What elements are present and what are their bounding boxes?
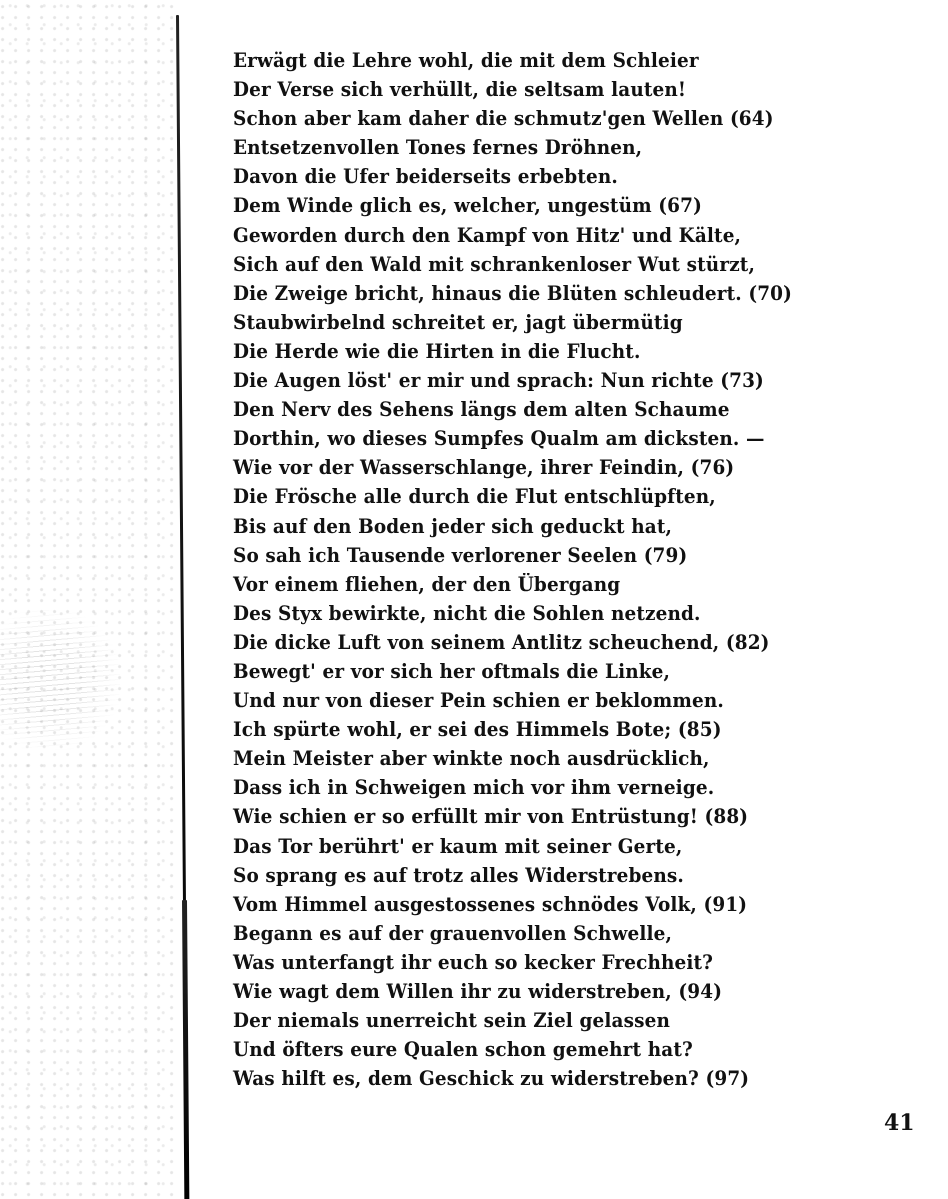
verse-line: Mein Meister aber winkte noch ausdrückli… — [233, 744, 809, 773]
verse-line: Des Styx bewirkte, nicht die Sohlen netz… — [233, 599, 809, 628]
verse-line: Ich spürte wohl, er sei des Himmels Bote… — [233, 715, 809, 744]
verse-line: Dorthin, wo dieses Sumpfes Qualm am dick… — [233, 424, 809, 453]
verse-line: Schon aber kam daher die schmutz'gen Wel… — [233, 104, 809, 133]
verse-line: Dass ich in Schweigen mich vor ihm verne… — [233, 773, 809, 802]
verse-line: Vom Himmel ausgestossenes schnödes Volk,… — [233, 890, 809, 919]
verse-line: Die Frösche alle durch die Flut entschlü… — [233, 482, 809, 511]
verse-line: Was hilft es, dem Geschick zu widerstreb… — [233, 1064, 809, 1093]
verse-line: Und öfters eure Qualen schon gemehrt hat… — [233, 1035, 809, 1064]
verse-line: Die Zweige bricht, hinaus die Blüten sch… — [233, 279, 809, 308]
scan-gutter — [0, 0, 176, 1199]
poem-text-block: Erwägt die Lehre wohl, die mit dem Schle… — [233, 46, 833, 1093]
verse-line: Vor einem fliehen, der den Übergang — [233, 570, 809, 599]
binding-edge-line-thick — [182, 900, 189, 1199]
verse-line: Begann es auf der grauenvollen Schwelle, — [233, 919, 809, 948]
verse-line: Staubwirbelnd schreitet er, jagt übermüt… — [233, 308, 809, 337]
verse-line: Bis auf den Boden jeder sich geduckt hat… — [233, 512, 809, 541]
verse-line: Entsetzenvollen Tones fernes Dröhnen, — [233, 133, 809, 162]
verse-line: Davon die Ufer beiderseits erbebten. — [233, 162, 809, 191]
verse-line: Wie vor der Wasserschlange, ihrer Feindi… — [233, 453, 809, 482]
verse-line: Die Herde wie die Hirten in die Flucht. — [233, 337, 809, 366]
verse-line: Die Augen löst' er mir und sprach: Nun r… — [233, 366, 809, 395]
verse-line: Die dicke Luft von seinem Antlitz scheuc… — [233, 628, 809, 657]
verse-line: Erwägt die Lehre wohl, die mit dem Schle… — [233, 46, 809, 75]
verse-line: So sprang es auf trotz alles Widerstrebe… — [233, 861, 809, 890]
verse-line: Was unterfangt ihr euch so kecker Frechh… — [233, 948, 809, 977]
scan-smudge — [0, 610, 120, 750]
verse-line: Bewegt' er vor sich her oftmals die Link… — [233, 657, 809, 686]
verse-line: Der niemals unerreicht sein Ziel gelasse… — [233, 1006, 809, 1035]
verse-line: Das Tor berührt' er kaum mit seiner Gert… — [233, 832, 809, 861]
page-number: 41 — [884, 1110, 915, 1136]
verse-line: Geworden durch den Kampf von Hitz' und K… — [233, 221, 809, 250]
verse-line: Dem Winde glich es, welcher, ungestüm (6… — [233, 191, 809, 220]
verse-line: Und nur von dieser Pein schien er beklom… — [233, 686, 809, 715]
verse-line: Den Nerv des Sehens längs dem alten Scha… — [233, 395, 809, 424]
verse-line: So sah ich Tausende verlorener Seelen (7… — [233, 541, 809, 570]
verse-line: Wie wagt dem Willen ihr zu widerstreben,… — [233, 977, 809, 1006]
verse-line: Der Verse sich verhüllt, die seltsam lau… — [233, 75, 809, 104]
verse-line: Wie schien er so erfüllt mir von Entrüst… — [233, 802, 809, 831]
verse-line: Sich auf den Wald mit schrankenloser Wut… — [233, 250, 809, 279]
